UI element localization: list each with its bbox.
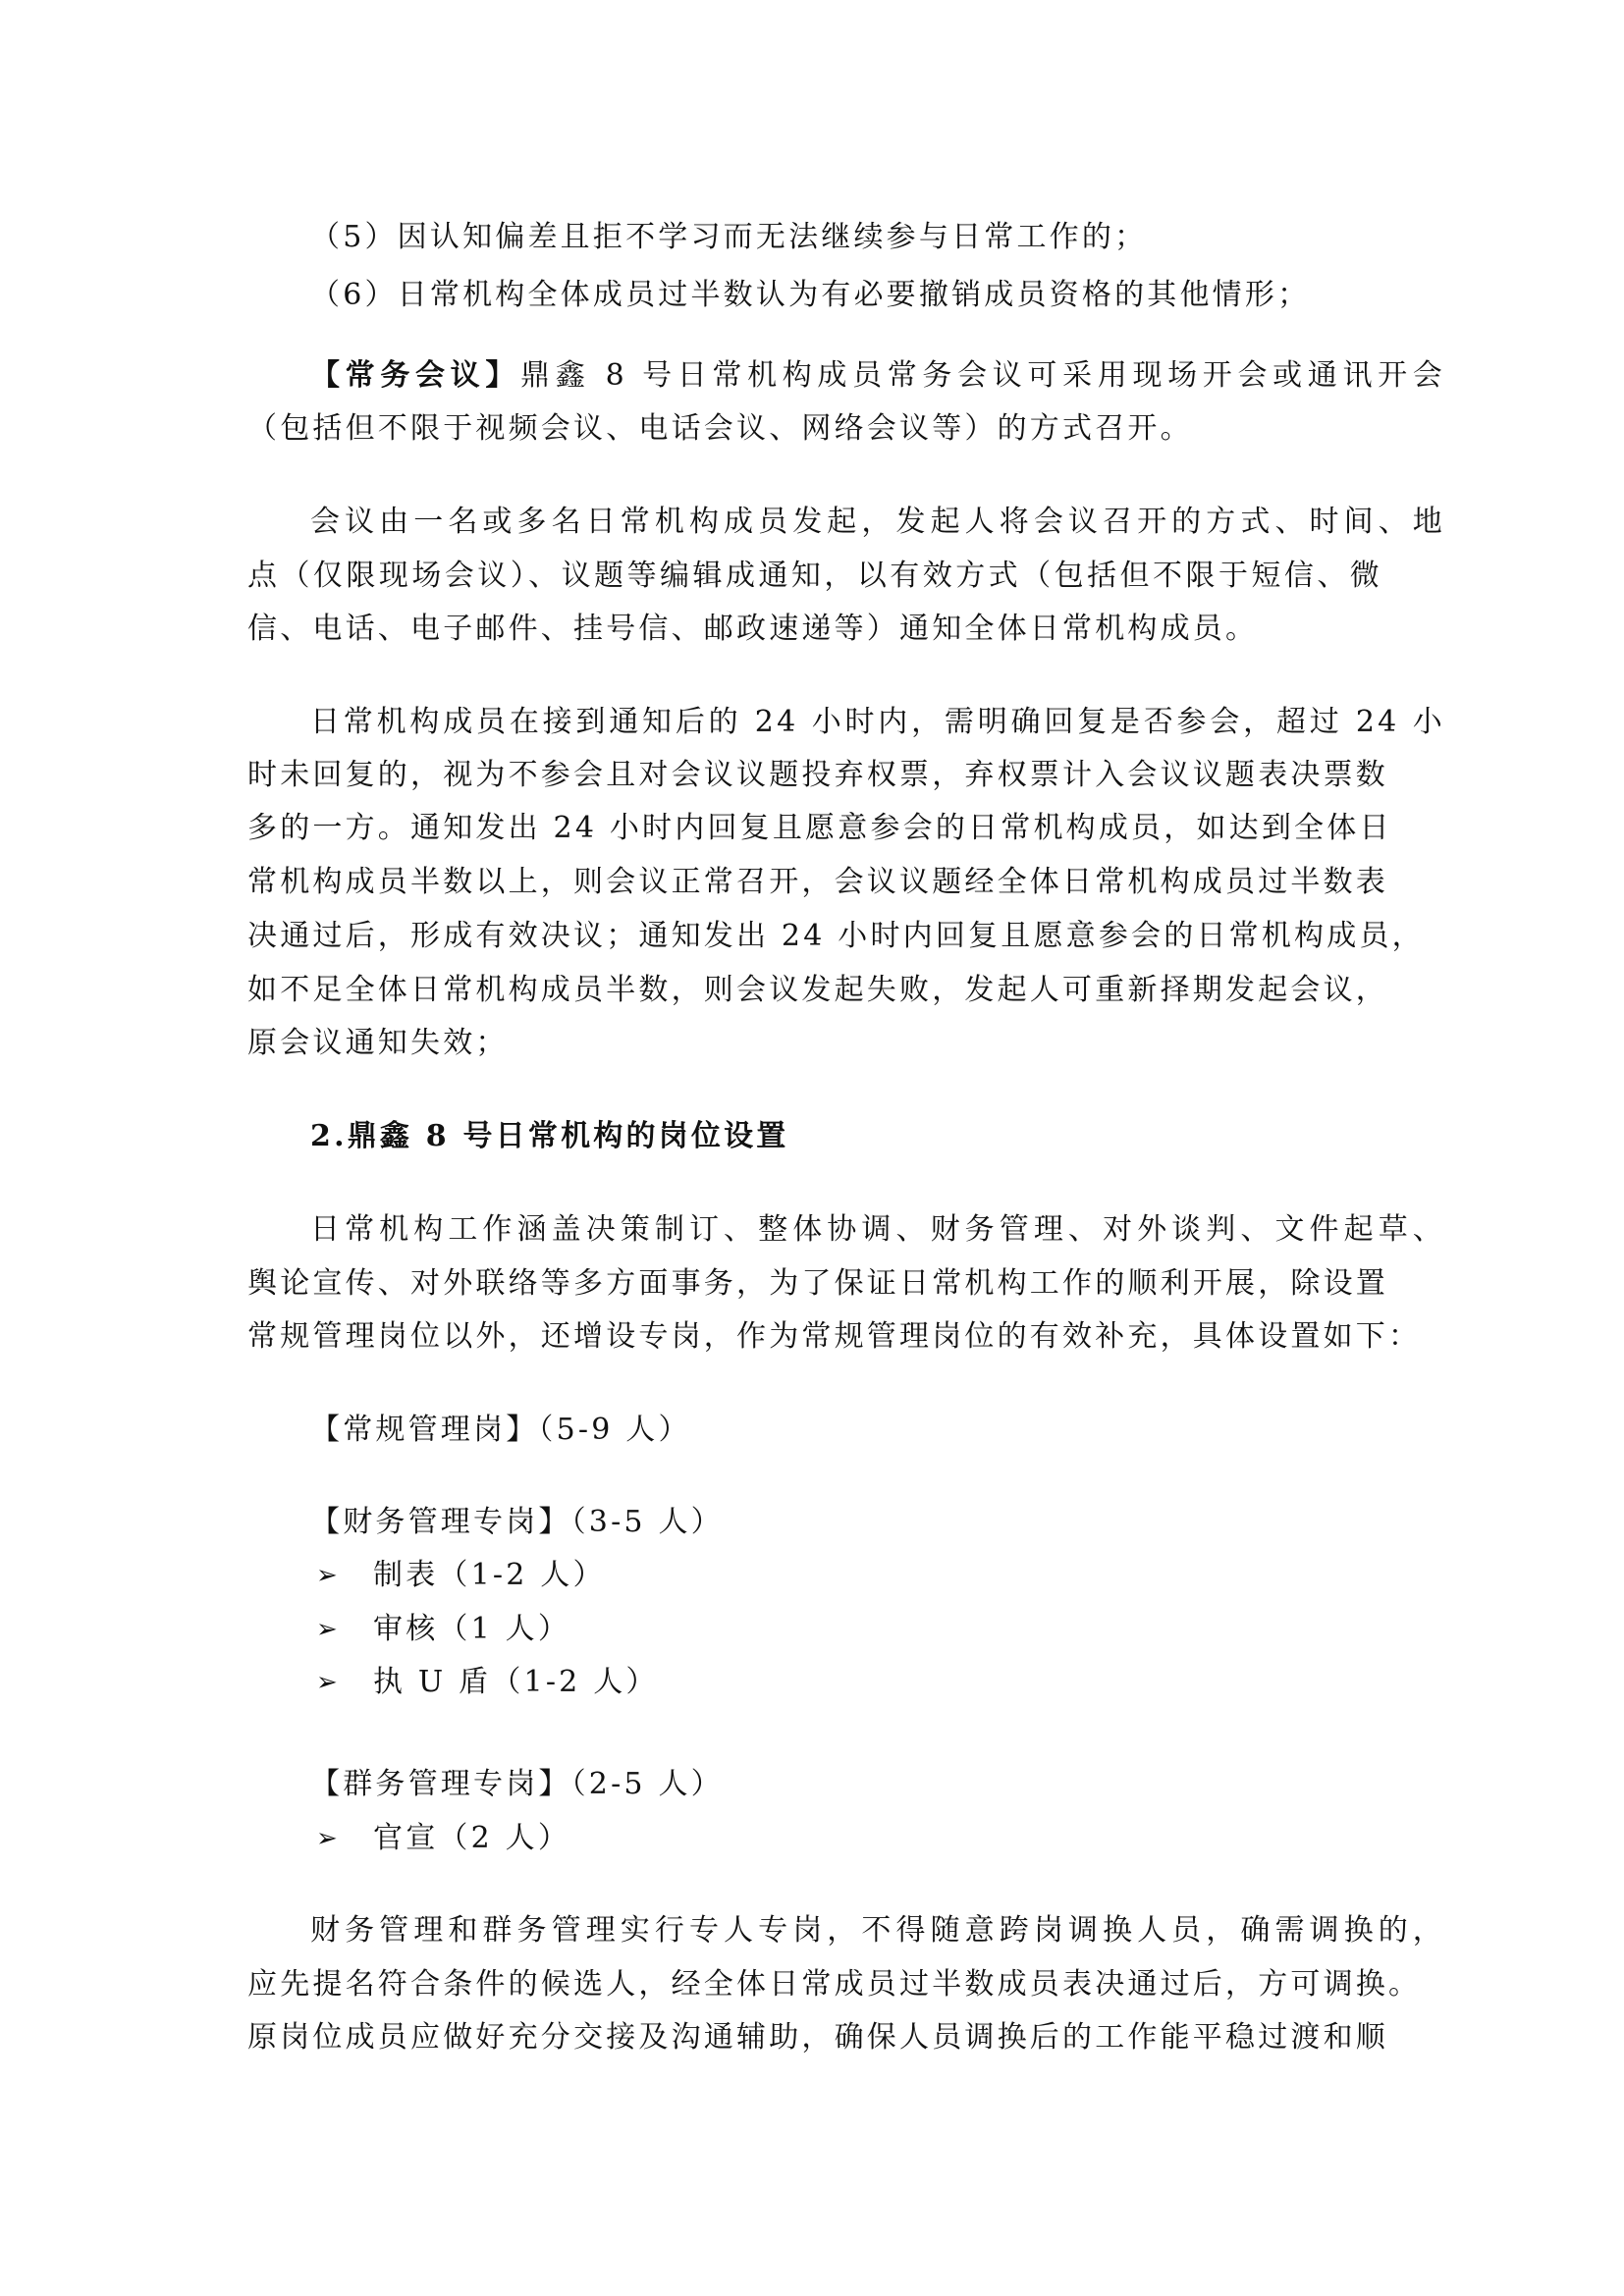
initiate-paragraph-line-1: 会议由一名或多名日常机构成员发起，发起人将会议召开的方式、时间、地 [247,503,1445,542]
group-post-title: 【群务管理专岗】（2-5 人） [247,1765,1445,1804]
reply-paragraph-line-6: 如不足全体日常机构成员半数，则会议发起失败，发起人可重新择期发起会议， [247,971,1382,1010]
reply-paragraph-line-7: 原会议通知失效； [247,1024,1382,1063]
reply-paragraph-line-2: 时未回复的，视为不参会且对会议议题投弃权票，弃权票计入会议议题表决票数 [247,756,1382,795]
meeting-paragraph-line-2: （包括但不限于视频会议、电话会议、网络会议等）的方式召开。 [247,409,1382,449]
finance-post-title: 【财务管理专岗】（3-5 人） [247,1503,1445,1542]
reply-paragraph-line-1: 日常机构成员在接到通知后的 24 小时内，需明确回复是否参会，超过 24 小 [247,703,1445,742]
group-item-1: ➢ 官宣（2 人） [247,1819,1382,1858]
section-heading: 2.鼎鑫 8 号日常机构的岗位设置 [247,1117,1445,1156]
initiate-paragraph-line-2: 点（仅限现场会议）、议题等编辑成通知，以有效方式（包括但不限于短信、微 [247,557,1382,596]
finance-item-3: ➢ 执 U 盾（1-2 人） [247,1663,1382,1702]
reply-paragraph-line-4: 常机构成员半数以上，则会议正常召开，会议议题经全体日常机构成员过半数表 [247,863,1382,902]
positions-paragraph-line-1: 日常机构工作涵盖决策制订、整体协调、财务管理、对外谈判、文件起草、 [247,1210,1445,1250]
rotation-paragraph-line-3: 原岗位成员应做好充分交接及沟通辅助，确保人员调换后的工作能平稳过渡和顺 [247,2018,1382,2057]
positions-paragraph-line-3: 常规管理岗位以外，还增设专岗，作为常规管理岗位的有效补充，具体设置如下： [247,1317,1382,1357]
arrow-bullet-icon: ➢ [316,1663,338,1702]
finance-item-2: ➢ 审核（1 人） [247,1610,1382,1649]
meeting-paragraph-line-1: 【常务会议】鼎鑫 8 号日常机构成员常务会议可采用现场开会或通讯开会 [247,356,1445,396]
reply-paragraph-line-3: 多的一方。通知发出 24 小时内回复且愿意参会的日常机构成员，如达到全体日 [247,809,1382,848]
regular-post-title: 【常规管理岗】（5-9 人） [247,1411,1445,1450]
rotation-paragraph-line-2: 应先提名符合条件的候选人，经全体日常成员过半数成员表决通过后，方可调换。 [247,1965,1382,2004]
list-item-5: （5）因认知偏差且拒不学习而无法继续参与日常工作的； [247,218,1445,257]
meeting-label: 【常务会议】 [310,358,520,393]
reply-paragraph-line-5: 决通过后，形成有效决议；通知发出 24 小时内回复且愿意参会的日常机构成员， [247,917,1382,956]
finance-item-1: ➢ 制表（1-2 人） [247,1556,1382,1595]
arrow-bullet-icon: ➢ [316,1610,338,1649]
initiate-paragraph-line-3: 信、电话、电子邮件、挂号信、邮政速递等）通知全体日常机构成员。 [247,610,1382,649]
arrow-bullet-icon: ➢ [316,1556,338,1595]
arrow-bullet-icon: ➢ [316,1819,338,1858]
list-item-6: （6）日常机构全体成员过半数认为有必要撤销成员资格的其他情形； [247,276,1445,315]
rotation-paragraph-line-1: 财务管理和群务管理实行专人专岗，不得随意跨岗调换人员，确需调换的， [247,1911,1445,1950]
positions-paragraph-line-2: 舆论宣传、对外联络等多方面事务，为了保证日常机构工作的顺利开展，除设置 [247,1264,1382,1304]
